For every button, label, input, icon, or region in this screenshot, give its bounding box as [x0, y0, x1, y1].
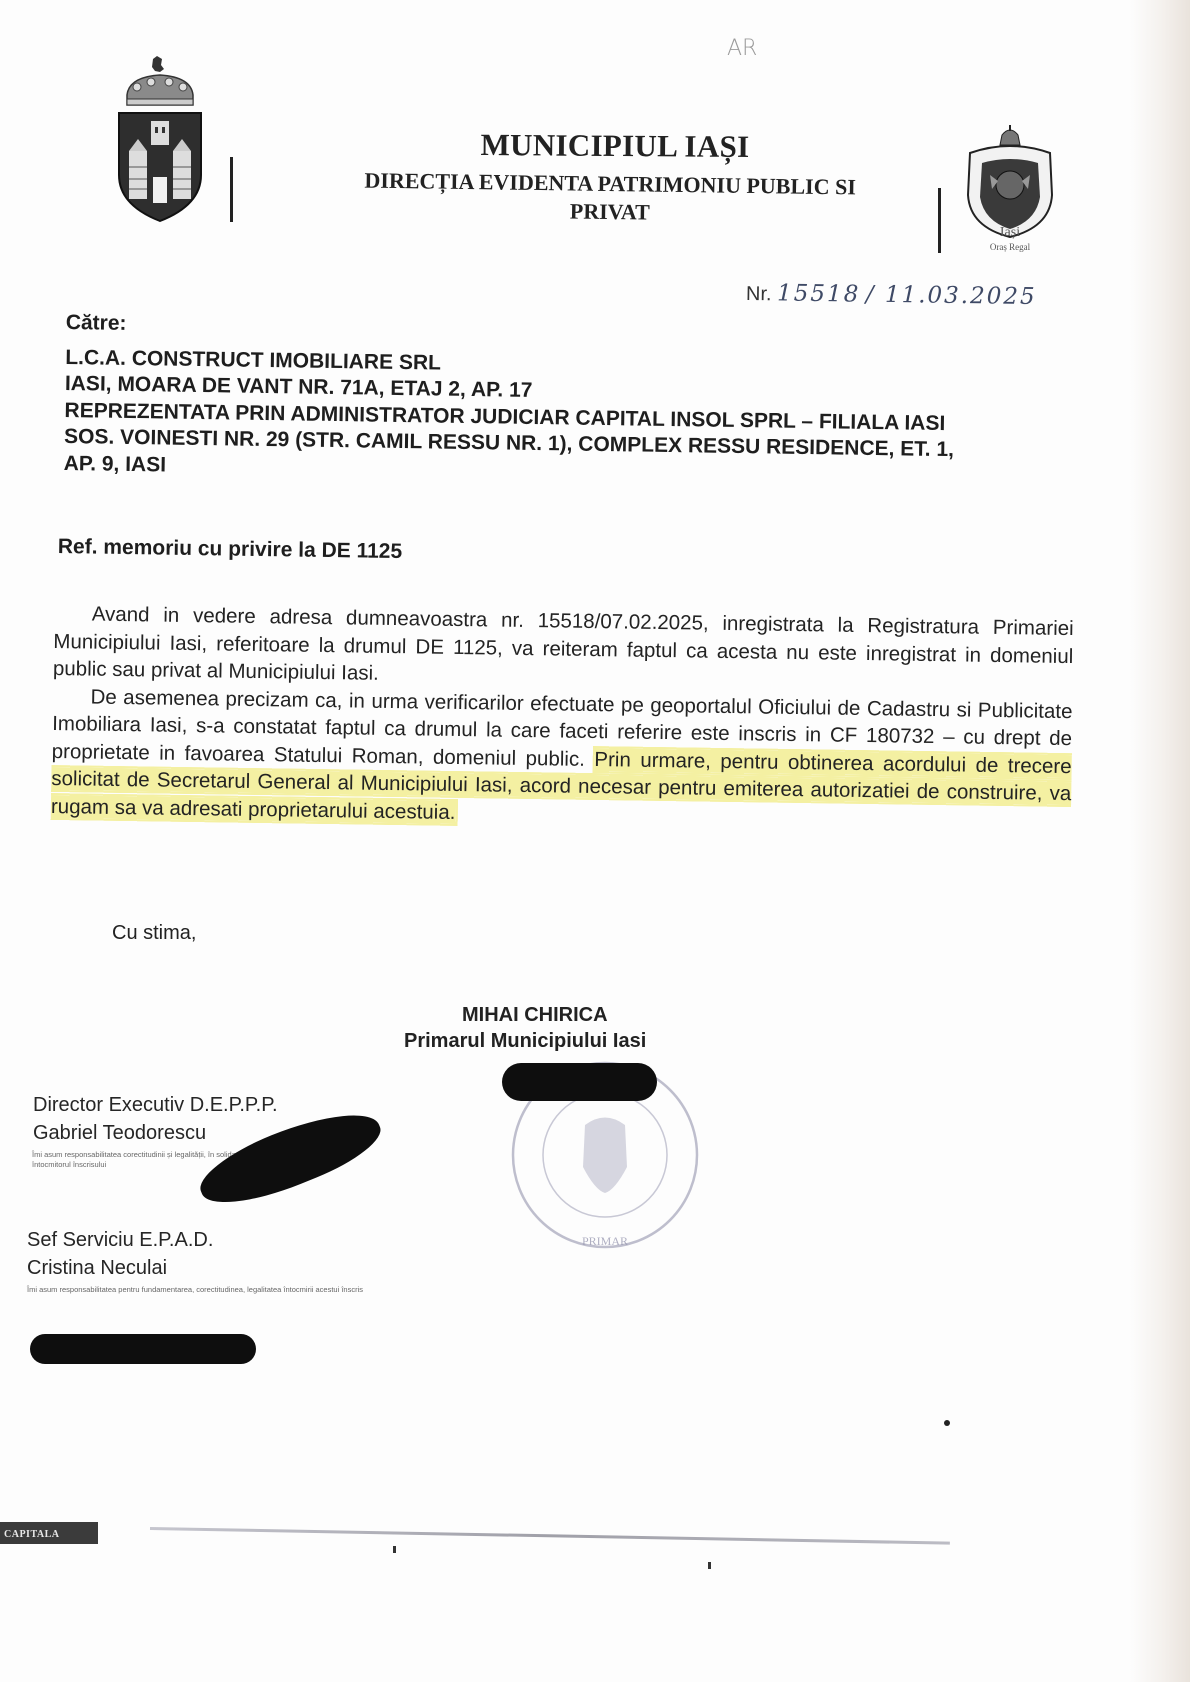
registration-number-value: 15518: [777, 280, 861, 307]
footer-tick: [708, 1562, 711, 1569]
redacted-signature-mayor: [502, 1063, 657, 1101]
handwritten-annotation: AR: [727, 36, 757, 61]
institution-title: MUNICIPIUL IAȘI: [300, 126, 930, 166]
head-of-service-title: Sef Serviciu E.P.A.D.: [27, 1227, 213, 1254]
reference-line: Ref. memoriu cu privire la DE 1125: [58, 535, 403, 564]
body-paragraph-1: Avand in vedere adresa dumneavoastra nr.…: [53, 600, 1074, 698]
header-divider-left: [230, 157, 233, 222]
closing-salutation: Cu stima,: [112, 922, 196, 945]
footer-divider: [150, 1527, 950, 1545]
svg-text:PRIMAR: PRIMAR: [582, 1234, 628, 1248]
mayor-name: MIHAI CHIRICA: [462, 1004, 608, 1027]
recipient-label: Către:: [66, 310, 1086, 352]
body-paragraph-2: De asemenea precizam ca, in urma verific…: [51, 682, 1073, 835]
header-divider-right: [938, 188, 941, 253]
redacted-signature-head-of-service: [30, 1334, 256, 1364]
letter-body: Avand in vedere adresa dumneavoastra nr.…: [51, 600, 1074, 835]
head-of-service-responsibility-note: Îmi asum responsabilitatea pentru fundam…: [27, 1285, 387, 1295]
mayor-title: Primarul Municipiului Iasi: [404, 1030, 646, 1053]
iasi-coat-of-arms-icon: [115, 55, 205, 225]
head-of-service-name: Cristina Neculai: [27, 1255, 167, 1282]
scan-speck: [944, 1420, 950, 1426]
department-name: DIRECȚIA EVIDENTA PATRIMONIU PUBLIC SI P…: [280, 165, 941, 230]
page-edge-shadow: [1130, 0, 1190, 1682]
director-title: Director Executiv D.E.P.P.P.: [33, 1092, 278, 1119]
director-name: Gabriel Teodorescu: [33, 1120, 206, 1147]
footer-tag: CAPITALA: [0, 1522, 98, 1544]
footer-tick: [393, 1546, 396, 1553]
registration-number: Nr. 15518 / 11.03.2025: [746, 280, 1037, 310]
crest-caption: Iași Oraș Regal: [985, 226, 1035, 254]
registration-date: 11.03.2025: [885, 282, 1037, 310]
recipient-block: Către: L.C.A. CONSTRUCT IMOBILIARE SRL I…: [64, 310, 1086, 492]
